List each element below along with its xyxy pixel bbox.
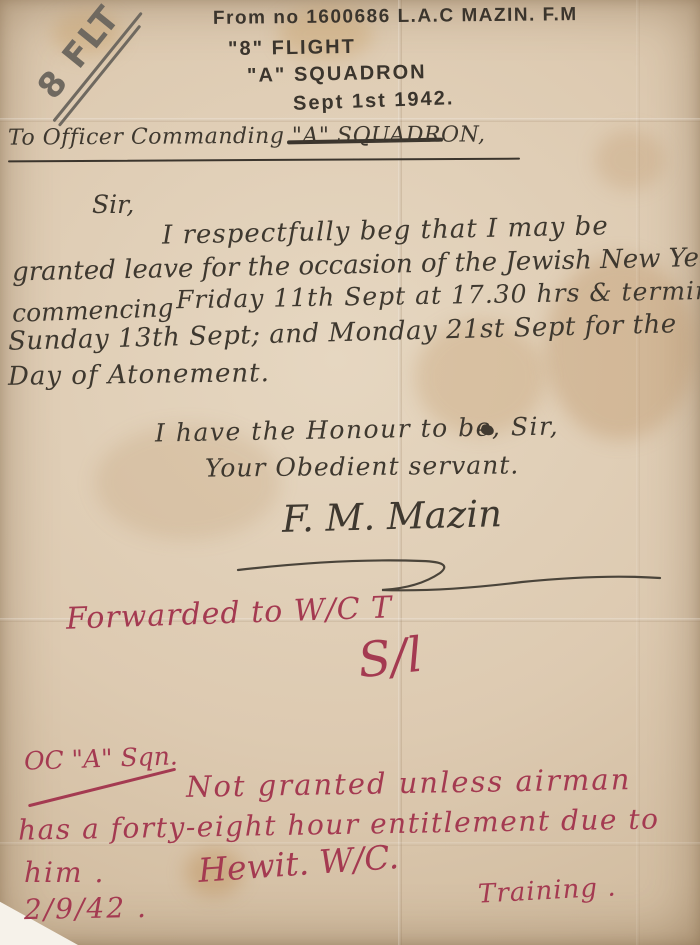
body-line-5: Day of Atonement. xyxy=(8,358,270,392)
salutation: Sir, xyxy=(92,190,134,219)
letter-page: 8 FLT From no 1600686 L.A.C MAZIN. F.M "… xyxy=(0,0,700,945)
header-date-line: Sept 1st 1942. xyxy=(293,87,455,116)
closing-line-1: I have the Honour to be, Sir, xyxy=(155,411,560,447)
red-decision-line-1: Not granted unless airman xyxy=(186,762,632,804)
signature: F. M. Mazin xyxy=(281,492,502,541)
stain-mid-body xyxy=(595,130,665,190)
red-decision-line-3: him . xyxy=(24,856,105,889)
red-oc-line: OC "A" Sqn. xyxy=(24,741,179,775)
address-underline xyxy=(8,158,520,163)
header-from-line: From no 1600686 L.A.C MAZIN. F.M xyxy=(213,4,578,30)
red-decision-line-2: has a forty-eight hour entitlement due t… xyxy=(18,802,660,846)
body-line-1: I respectfully beg that I may be xyxy=(162,211,609,250)
red-date-note: 2/9/42 . xyxy=(24,891,148,926)
red-officer-signature: Hewit. W/C. xyxy=(197,837,400,890)
red-training-note: Training . xyxy=(477,872,617,909)
header-flight-line: "8" FLIGHT xyxy=(228,36,356,61)
horizontal-crease-top xyxy=(0,118,700,122)
closing-line-2: Your Obedient servant. xyxy=(205,450,520,482)
red-initials: S/l xyxy=(355,627,425,689)
red-forwarded-line: Forwarded to W/C T xyxy=(65,590,392,636)
header-squadron-line: "A" SQUADRON xyxy=(247,61,427,88)
address-line: To Officer Commanding "A" SQUADRON, xyxy=(8,122,486,150)
pencil-flight-mark: 8 FLT xyxy=(20,0,149,127)
